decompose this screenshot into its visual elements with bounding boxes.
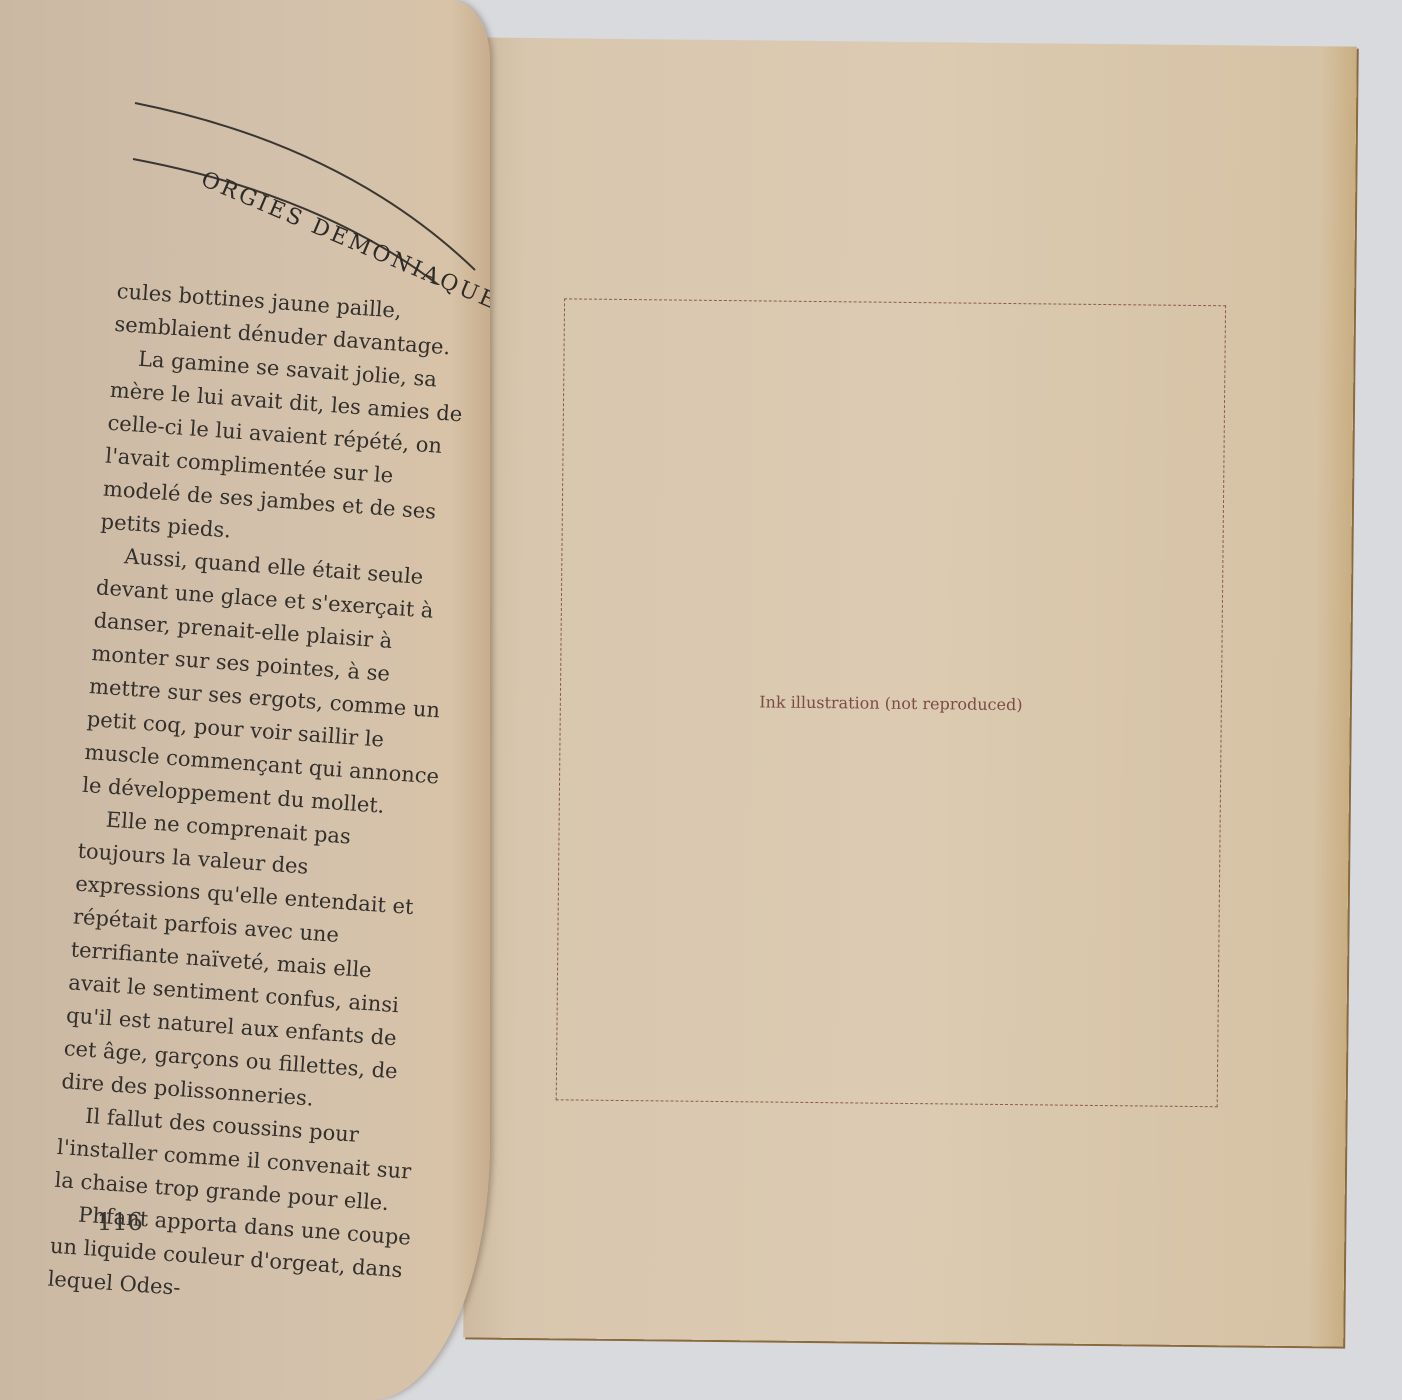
paragraph: Aussi, quand elle était seule devant une… [81,538,459,826]
paragraph: La gamine se savait jolie, sa mère le lu… [100,341,473,564]
page-number: 116 [97,1208,143,1236]
paragraph: Elle ne comprenait pas toujours la valeu… [60,802,440,1123]
body-text: cules bottines jaune paille, semblaient … [47,275,477,1321]
running-head-rules [125,85,485,285]
illustration-label: Ink illustration (not reproduced) [759,692,1022,714]
right-page: Ink illustration (not reproduced) [463,37,1357,1346]
running-head: ORGIES DEMONIAQUES [125,85,485,285]
left-page: ORGIES DEMONIAQUES cules bottines jaune … [0,0,490,1400]
illustration-placeholder: Ink illustration (not reproduced) [556,298,1226,1107]
